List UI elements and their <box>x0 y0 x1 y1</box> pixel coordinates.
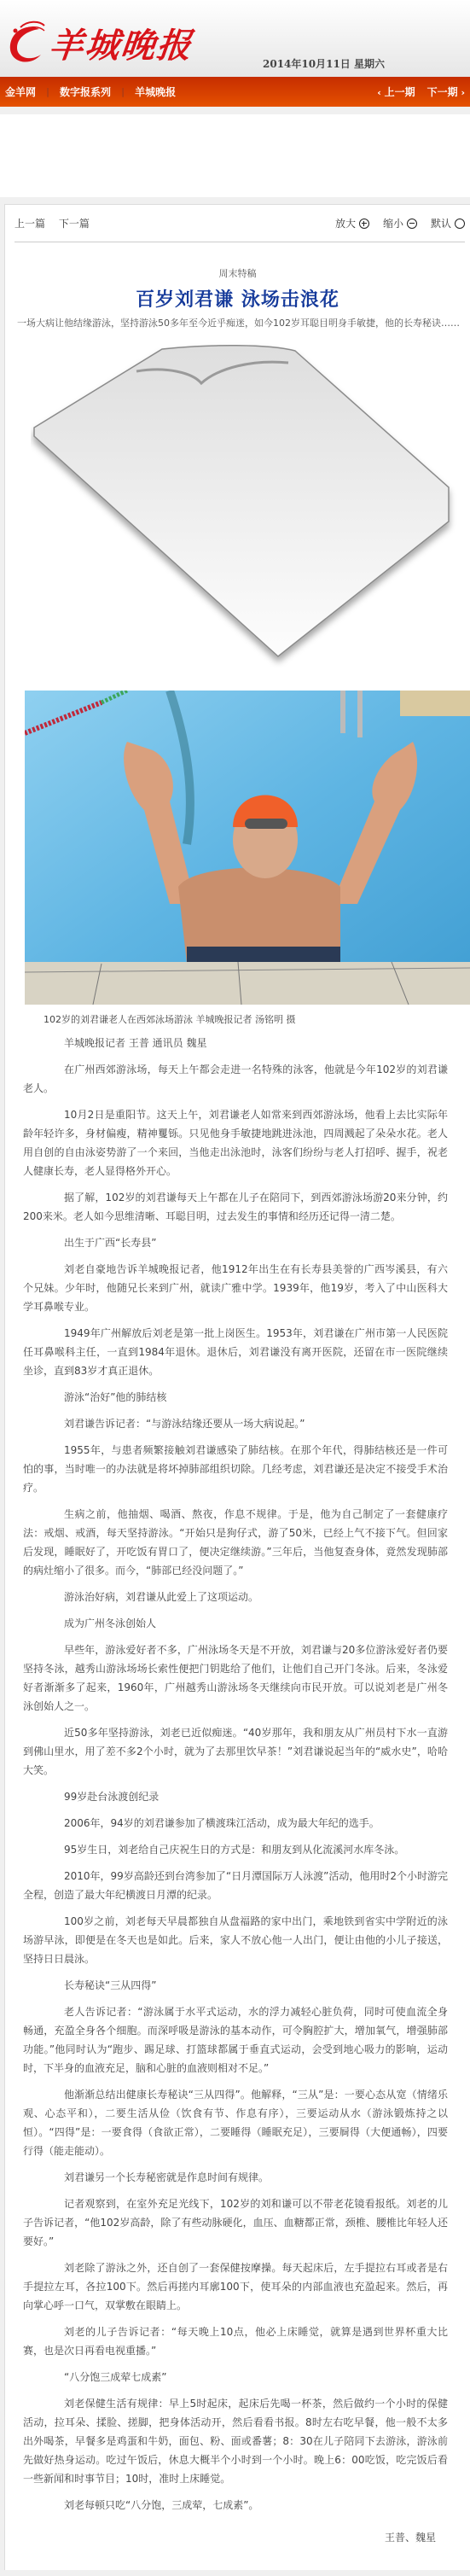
article-paragraph: 刘老除了游泳之外，还自创了一套保健按摩操。每天起床后，左手提拉右耳或者是右手提拉… <box>23 2258 448 2315</box>
article-paragraph: 刘老的儿子告诉记者：“每天晚上10点，他必上床睡觉，就算是遇到世界杯重大比赛，也… <box>23 2322 448 2360</box>
article-paragraph: 近50多年坚持游泳，刘老已近似痴迷。“40岁那年，我和朋友从广州员村下水一直游到… <box>23 1723 448 1780</box>
article-container: 上一篇 下一篇 放大 缩小 默认 周末特稿 百岁刘君谦 泳场击浪花 一场大病让他… <box>4 204 470 2570</box>
article-paragraph: 2010年，99岁高龄还到台湾参加了“日月潭国际万人泳渡”活动，他用时2个小时游… <box>23 1867 448 1904</box>
minus-circle-icon <box>407 219 417 229</box>
article-paragraph: 生病之前，他抽烟、喝酒、熬夜，作息不规律。于是，他为自己制定了一套健康疗法：戒烟… <box>23 1505 448 1580</box>
issue-date: 2014年10月11日 星期六 <box>263 56 385 71</box>
reset-label: 默认 <box>431 216 451 230</box>
article-paragraph: 100岁之前，刘老每天早晨都独自从盘福路的家中出门，乘地铁到省实中学附近的泳场游… <box>23 1912 448 1968</box>
article-paragraph: 95岁生日，刘老给自己庆祝生日的方式是：和朋友到从化流溪河水库冬泳。 <box>23 1840 448 1859</box>
section-subtitle: 出生于广西“长寿县” <box>23 1233 448 1252</box>
logo-text: 羊城晚报 <box>47 19 195 67</box>
article-kicker: 周末特稿 <box>5 266 470 280</box>
circle-icon <box>455 219 465 229</box>
article-byline: 羊城晚报记者 王普 通讯员 魏星 <box>23 1034 448 1052</box>
author-signature: 王普、魏星 <box>5 2530 470 2544</box>
article-paragraph: 他渐渐总结出健康长寿秘诀“三从四得”。他解释，“三从”是：一要心态从宽（情绪乐观… <box>23 2085 448 2160</box>
chevron-left-icon: ‹ <box>377 87 384 98</box>
prev-issue-button[interactable]: ‹ 上一期 <box>377 85 415 99</box>
nav-link-digital-series[interactable]: 数字报系列 <box>60 85 111 99</box>
article-paragraph: 记者观察到，在室外充足光线下，102岁的刘和谦可以不带老花镜看报纸。刘老的儿子告… <box>23 2194 448 2251</box>
next-issue-label: 下一期 <box>427 86 458 98</box>
zoom-in-button[interactable]: 放大 <box>335 216 369 230</box>
article-title: 百岁刘君谦 泳场击浪花 <box>5 285 470 312</box>
nav-link-ycwb[interactable]: 羊城晚报 <box>135 85 176 99</box>
logo-swirl-icon <box>5 17 46 68</box>
article-photo <box>25 691 470 1005</box>
article-paragraph: 在广州西郊游泳场，每天上午都会走进一名特殊的泳客，他就是今年102岁的刘君谦老人… <box>23 1060 448 1098</box>
article-paragraph: 刘君谦告诉记者：“与游泳结缘还要从一场大病说起。” <box>23 1414 448 1433</box>
main-navbar: 金羊网 | 数字报系列 | 羊城晚报 ‹ 上一期 下一期 › <box>0 77 470 107</box>
zoom-out-button[interactable]: 缩小 <box>383 216 417 230</box>
article-paragraph: 刘老保健生活有规律：早上5时起床，起床后先喝一杯茶，然后做约一个小时的保健活动，… <box>23 2394 448 2488</box>
article-paragraph: 老人告诉记者：“游泳属于水平式运动，水的浮力减轻心脏负荷，同时可使血流全身畅通，… <box>23 2002 448 2078</box>
photo-caption: 102岁的刘君谦老人在西郊泳场游泳 羊城晚报记者 汤铭明 摄 <box>44 1012 470 1026</box>
next-issue-button[interactable]: 下一期 › <box>427 85 465 99</box>
article-toolbar: 上一篇 下一篇 放大 缩小 默认 <box>15 205 465 242</box>
article-paragraph: 1949年广州解放后刘老是第一批上岗医生。1953年，刘君谦在广州市第一人民医院… <box>23 1324 448 1380</box>
article-subtitle: 一场大病让他结缘游泳，坚持游泳50多年至今近乎痴迷，如今102岁耳聪目明身手敏捷… <box>17 315 460 332</box>
swimmer-photo-illustration <box>25 691 470 1005</box>
article-paragraph: 10月2日是重阳节。这天上午，刘君谦老人如常来到西郊游泳场，他看上去比实际年龄年… <box>23 1105 448 1180</box>
nav-divider: | <box>46 86 49 97</box>
missing-image-placeholder <box>5 339 470 691</box>
section-subtitle: 长寿秘诀“三从四得” <box>23 1976 448 1995</box>
article-paragraph: 游泳治好病，刘君谦从此爱上了这项运动。 <box>23 1588 448 1606</box>
next-article-link[interactable]: 下一篇 <box>59 218 90 230</box>
article-paragraph: 1955年，与患者频繁接触刘君谦感染了肺结核。在那个年代，得肺结核还是一件可怕的… <box>23 1441 448 1497</box>
article-body: 羊城晚报记者 王普 通讯员 魏星 在广州西郊游泳场，每天上午都会走进一名特殊的泳… <box>5 1034 470 2515</box>
spacer <box>0 107 470 114</box>
section-subtitle: 游泳“治好”他的肺结核 <box>23 1388 448 1407</box>
zoom-in-label: 放大 <box>335 216 356 230</box>
section-subtitle: 成为广州冬泳创始人 <box>23 1614 448 1633</box>
section-subtitle: “八分饱三成荤七成素” <box>23 2368 448 2387</box>
prev-article-link[interactable]: 上一篇 <box>15 218 45 230</box>
ad-banner-area <box>0 114 470 197</box>
site-header: 羊城晚报 2014年10月11日 星期六 <box>0 0 470 77</box>
article-paragraph: 早些年，游泳爱好者不多，广州泳场冬天是不开放，刘君谦与20多位游泳爱好者仍要坚持… <box>23 1641 448 1716</box>
article-paragraph: 刘君谦另一个长寿秘密就是作息时间有规律。 <box>23 2168 448 2187</box>
chevron-right-icon: › <box>458 87 465 98</box>
plus-circle-icon <box>359 219 369 229</box>
prev-issue-label: 上一期 <box>385 86 415 98</box>
nav-link-jinyang[interactable]: 金羊网 <box>5 85 36 99</box>
spacer <box>0 197 470 204</box>
article-paragraph: 据了解，102岁的刘君谦每天上午都在儿子在陪同下，到西郊游泳场游20来分钟，约2… <box>23 1188 448 1226</box>
article-paragraph: 2006年，94岁的刘君谦参加了横渡珠江活动，成为最大年纪的选手。 <box>23 1814 448 1833</box>
zoom-out-label: 缩小 <box>383 216 403 230</box>
blank-page-icon <box>31 342 470 684</box>
site-logo[interactable]: 羊城晚报 <box>5 17 193 68</box>
article-paragraph: 刘老每顿只吃“八分饱，三成荤，七成素”。 <box>23 2496 448 2515</box>
reset-zoom-button[interactable]: 默认 <box>431 216 465 230</box>
article-paragraph: 刘老自豪地告诉羊城晚报记者，他1912年出生在有长寿县美誉的广西岑溪县，有六个兄… <box>23 1260 448 1316</box>
nav-divider: | <box>121 86 125 97</box>
section-subtitle: 99岁赴台泳渡创纪录 <box>23 1787 448 1806</box>
